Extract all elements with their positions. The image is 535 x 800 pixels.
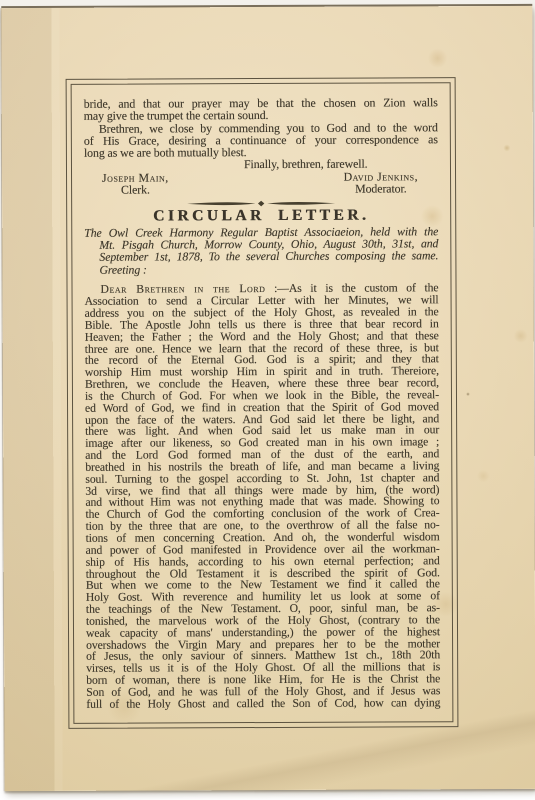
moderator-signature: David Jenkins, Moderator. [344, 170, 419, 195]
page-content: bride, and that our prayer may be that t… [84, 96, 441, 710]
scan-background: bride, and that our prayer may be that t… [0, 0, 535, 800]
closing-paragraph: Brethren, we close by commending you to … [84, 121, 438, 159]
letter-body: Dear Brethren in the Lord :—As it is the… [84, 283, 440, 711]
text-line: Greeting : [84, 262, 438, 276]
moderator-title: Moderator. [344, 182, 419, 195]
page-border-frame: bride, and that our prayer may be that t… [66, 77, 459, 729]
letter-body-lines: Association to send a Circular Letter wi… [85, 294, 441, 710]
text-line: full of the Holy Ghost and called the So… [86, 697, 440, 710]
paper-page: bride, and that our prayer may be that t… [1, 6, 535, 791]
clerk-title: Clerk. [102, 184, 169, 197]
circular-letter-heading: CIRCULAR LETTER. [84, 210, 438, 224]
closing-paragraph-continuation: bride, and that our prayer may be that t… [84, 96, 438, 122]
signature-block: Joseph Main, Clerk. David Jenkins, Moder… [84, 170, 438, 196]
clerk-signature: Joseph Main, Clerk. [102, 171, 169, 196]
circular-letter-intro: The Owl Creek Harmony Regular Baptist As… [84, 225, 438, 276]
page-border-frame-inner: bride, and that our prayer may be that t… [71, 82, 454, 724]
